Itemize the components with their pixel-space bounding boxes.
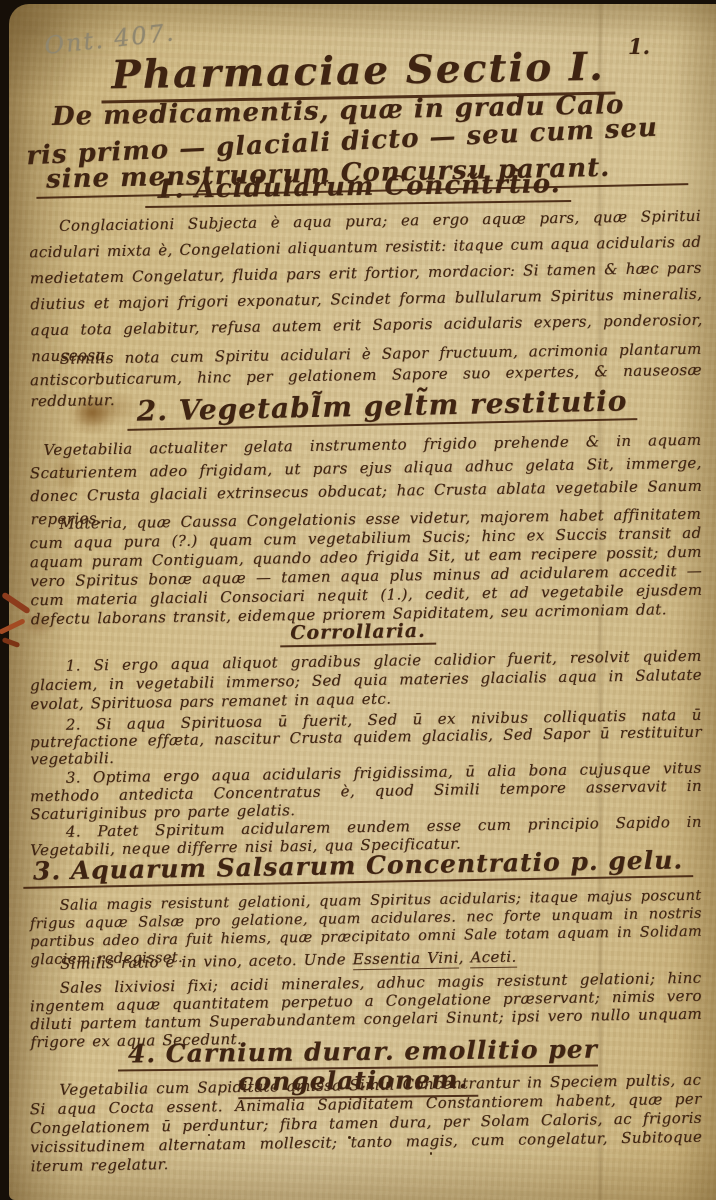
corollary-item-2: 2. Si aqua Spirituosa ū fuerit, Sed ū ex… [30, 707, 703, 769]
corollary-item-1: 1. Si ergo aqua aliquot gradibus glacie … [30, 647, 703, 715]
manuscript-photo: Ont. 407. 1. Pharmaciae Sectio I. De med… [0, 0, 716, 1200]
aceti-underlined: Aceti. [470, 948, 516, 969]
essentia-vini-underlined: Essentia Vini [353, 949, 459, 971]
section-4-paragraph-1: Vegetabilia cum Sapiditate amissa Simul … [29, 1071, 702, 1177]
corollaria-heading-text: Corrollaria. [280, 620, 436, 648]
similis-prefix: Similis ratio è in vino, aceto. Unde [60, 950, 353, 973]
section-2-paragraph-2: Materia, quæ Caussa Congelationis esse v… [29, 505, 703, 630]
section-1-heading-text: 1. Acidularum Concñtrt̃io. [145, 169, 571, 208]
similis-separator: , [458, 948, 470, 966]
